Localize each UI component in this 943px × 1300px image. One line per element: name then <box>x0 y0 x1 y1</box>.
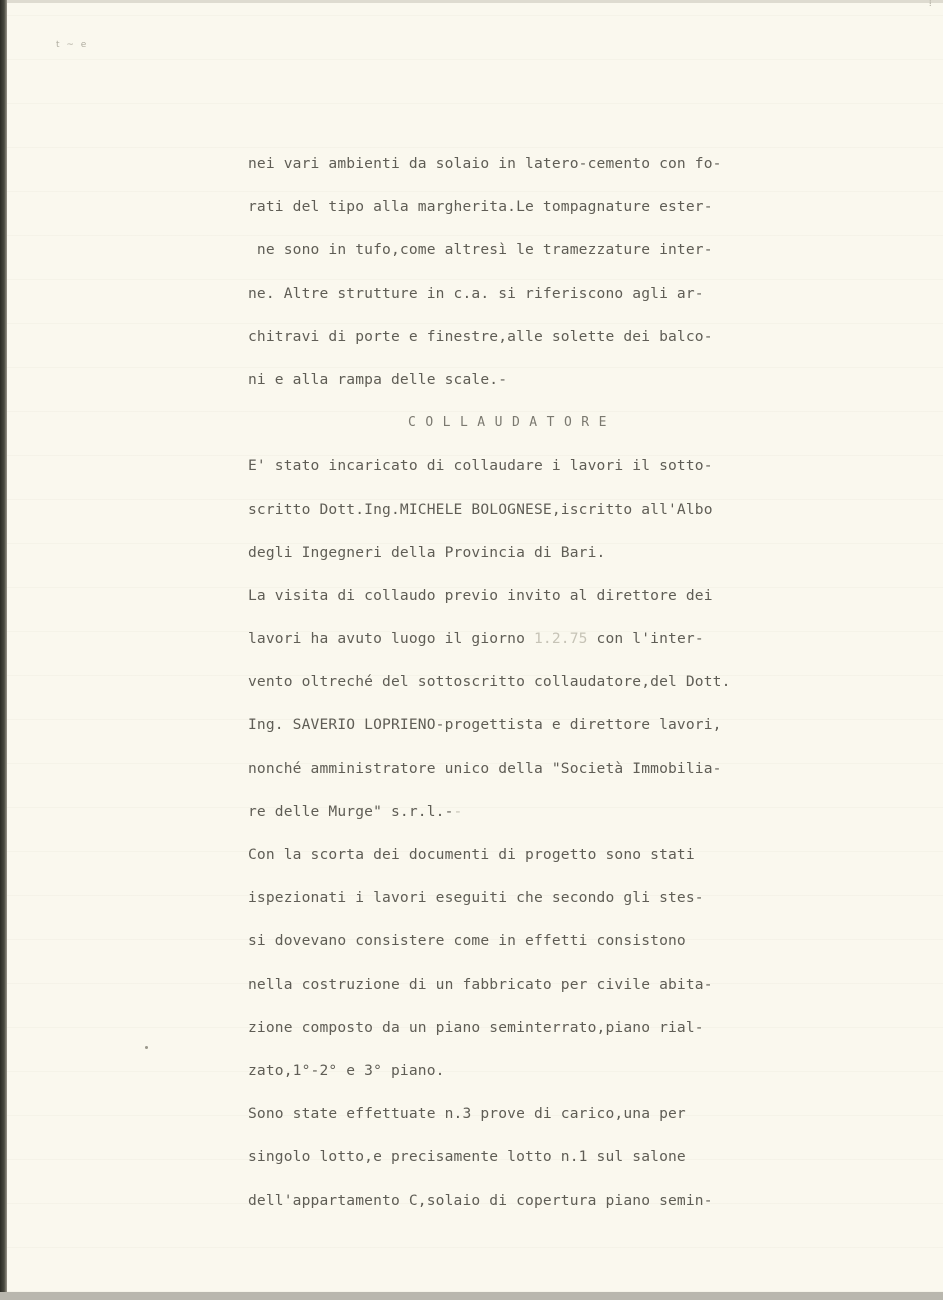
text-line: degli Ingegneri della Provincia di Bari. <box>248 541 868 584</box>
text-segment: con l'inter- <box>588 630 704 647</box>
text-segment: re delle Murge" s.r.l.- <box>248 803 454 820</box>
text-line: ne. Altre strutture in c.a. si riferisco… <box>248 282 868 325</box>
text-line: vento oltreché del sottoscritto collauda… <box>248 670 868 713</box>
text-line: rati del tipo alla margherita.Le tompagn… <box>248 195 868 238</box>
typewritten-body: nei vari ambienti da solaio in latero-ce… <box>248 152 868 1232</box>
text-line-with-date: lavori ha avuto luogo il giorno 1.2.75 c… <box>248 627 868 670</box>
text-line: re delle Murge" s.r.l.-- <box>248 800 868 843</box>
text-line: Sono state effettuate n.3 prove di caric… <box>248 1102 868 1145</box>
text-line: E' stato incaricato di collaudare i lavo… <box>248 454 868 497</box>
text-line: dell'appartamento C,solaio di copertura … <box>248 1189 868 1232</box>
text-line: singolo lotto,e precisamente lotto n.1 s… <box>248 1145 868 1188</box>
page-binding-edge <box>0 0 7 1300</box>
margin-dot <box>145 1046 148 1049</box>
document-page: ⁞ t ~ e nei vari ambienti da solaio in l… <box>0 0 943 1292</box>
text-line: chitravi di porte e finestre,alle solett… <box>248 325 868 368</box>
text-line: zione composto da un piano seminterrato,… <box>248 1016 868 1059</box>
pencil-annotation: t ~ e <box>56 40 88 50</box>
text-line: Con la scorta dei documenti di progetto … <box>248 843 868 886</box>
text-line: nella costruzione di un fabbricato per c… <box>248 973 868 1016</box>
text-line: La visita di collaudo previo invito al d… <box>248 584 868 627</box>
text-line: Ing. SAVERIO LOPRIENO-progettista e dire… <box>248 713 868 756</box>
page-top-edge <box>7 0 943 3</box>
text-segment: lavori ha avuto luogo il giorno <box>248 630 525 647</box>
faded-dash: - <box>454 803 463 820</box>
text-line: zato,1°-2° e 3° piano. <box>248 1059 868 1102</box>
text-line: scritto Dott.Ing.MICHELE BOLOGNESE,iscri… <box>248 498 868 541</box>
text-line: nonché amministratore unico della "Socie… <box>248 757 868 800</box>
scan-bottom-edge <box>0 1292 943 1300</box>
text-line: ne sono in tufo,come altresì le tramezza… <box>248 238 868 281</box>
text-line: ispezionati i lavori eseguiti che second… <box>248 886 868 929</box>
corner-mark: ⁞ <box>929 2 933 20</box>
text-line: si dovevano consistere come in effetti c… <box>248 929 868 972</box>
text-line: nei vari ambienti da solaio in latero-ce… <box>248 152 868 195</box>
text-line: ni e alla rampa delle scale.- <box>248 368 868 411</box>
section-heading: COLLAUDATORE <box>248 411 868 454</box>
faded-date: 1.2.75 <box>534 630 588 647</box>
